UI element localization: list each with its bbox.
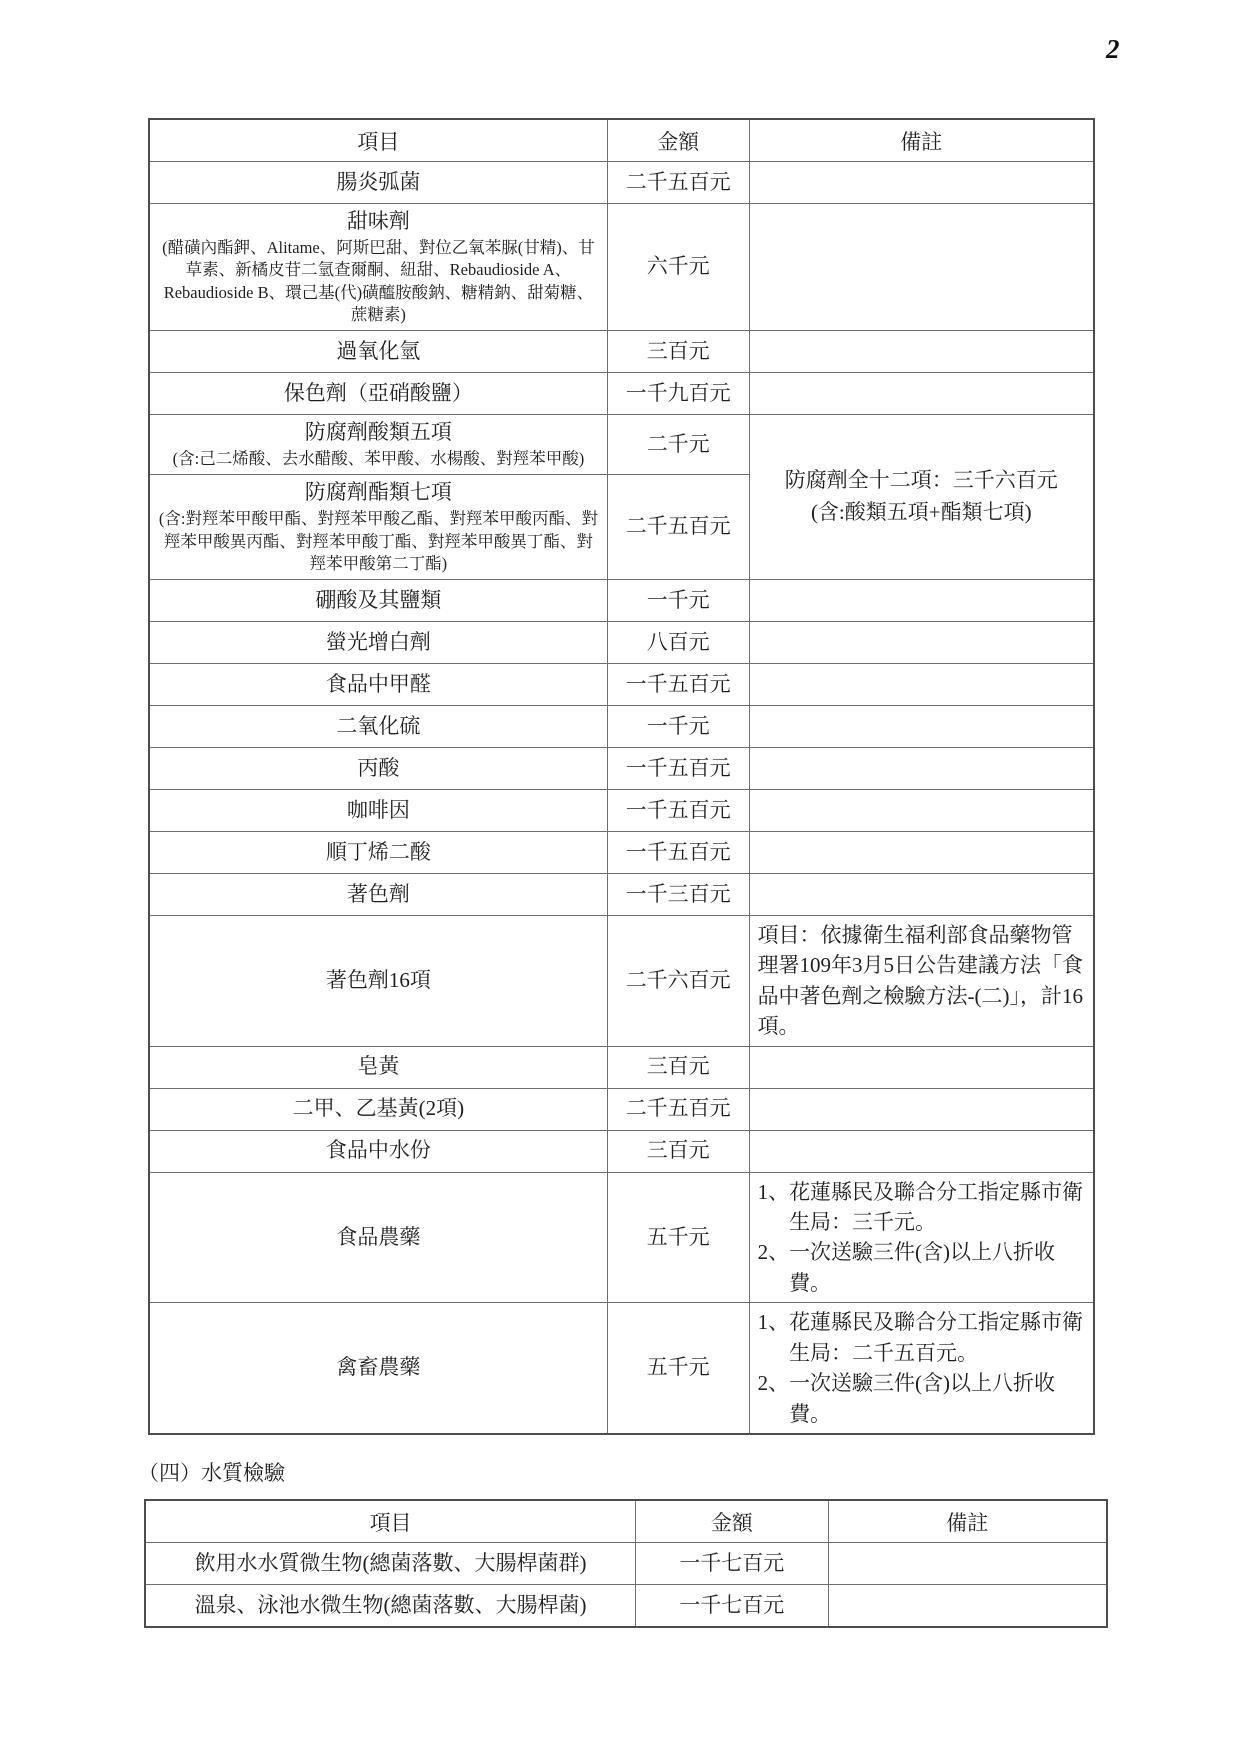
item-name: 過氧化氫 bbox=[158, 338, 599, 365]
item-cell: 丙酸 bbox=[149, 747, 607, 789]
note-cell bbox=[749, 372, 1094, 414]
item-detail: (醋磺內酯鉀、Alitame、阿斯巴甜、對位乙氧苯脲(甘精)、甘草素、新橘皮苷二… bbox=[158, 237, 599, 325]
item-cell: 咖啡因 bbox=[149, 789, 607, 831]
note-cell bbox=[749, 1130, 1094, 1172]
item-cell: 食品中水份 bbox=[149, 1130, 607, 1172]
amount-cell: 一千五百元 bbox=[607, 789, 749, 831]
note-cell bbox=[749, 1046, 1094, 1088]
amount-cell: 二千五百元 bbox=[607, 1088, 749, 1130]
note-cell bbox=[749, 204, 1094, 331]
item-cell: 過氧化氫 bbox=[149, 330, 607, 372]
note-cell: 防腐劑全十二項：三千六百元(含:酸類五項+酯類七項) bbox=[749, 414, 1094, 579]
table-row: 皂黃三百元 bbox=[149, 1046, 1094, 1088]
item-name: 防腐劑酸類五項 bbox=[158, 419, 599, 446]
item-cell: 禽畜農藥 bbox=[149, 1303, 607, 1434]
item-name: 食品中水份 bbox=[158, 1137, 599, 1164]
food-fees-table: 項目金額備註腸炎弧菌二千五百元甜味劑(醋磺內酯鉀、Alitame、阿斯巴甜、對位… bbox=[148, 118, 1095, 1435]
item-name: 順丁烯二酸 bbox=[158, 839, 599, 866]
item-cell: 皂黃 bbox=[149, 1046, 607, 1088]
table-row: 食品農藥五千元1、花蓮縣民及聯合分工指定縣市衛生局：三千元。2、一次送驗三件(含… bbox=[149, 1172, 1094, 1303]
amount-cell: 一千三百元 bbox=[607, 873, 749, 915]
column-header: 項目 bbox=[149, 119, 607, 162]
note-cell bbox=[749, 831, 1094, 873]
column-header: 金額 bbox=[636, 1500, 828, 1543]
table-row: 飲用水水質微生物(總菌落數、大腸桿菌群)一千七百元 bbox=[145, 1543, 1107, 1585]
item-cell: 食品農藥 bbox=[149, 1172, 607, 1303]
item-name: 著色劑 bbox=[158, 881, 599, 908]
amount-cell: 一千九百元 bbox=[607, 372, 749, 414]
note-list-text: 花蓮縣民及聯合分工指定縣市衛生局：二千五百元。 bbox=[789, 1307, 1085, 1368]
item-cell: 飲用水水質微生物(總菌落數、大腸桿菌群) bbox=[145, 1543, 636, 1585]
column-header: 備註 bbox=[828, 1500, 1107, 1543]
item-cell: 硼酸及其鹽類 bbox=[149, 579, 607, 621]
table-row: 防腐劑酸類五項(含:己二烯酸、去水醋酸、苯甲酸、水楊酸、對羥苯甲酸)二千元防腐劑… bbox=[149, 414, 1094, 474]
table-row: 腸炎弧菌二千五百元 bbox=[149, 162, 1094, 204]
amount-cell: 三百元 bbox=[607, 330, 749, 372]
item-name: 硼酸及其鹽類 bbox=[158, 587, 599, 614]
table-row: 咖啡因一千五百元 bbox=[149, 789, 1094, 831]
item-name: 丙酸 bbox=[158, 755, 599, 782]
item-cell: 防腐劑酸類五項(含:己二烯酸、去水醋酸、苯甲酸、水楊酸、對羥苯甲酸) bbox=[149, 414, 607, 474]
note-list-number: 1、 bbox=[758, 1177, 790, 1207]
table-row: 禽畜農藥五千元1、花蓮縣民及聯合分工指定縣市衛生局：二千五百元。2、一次送驗三件… bbox=[149, 1303, 1094, 1434]
item-detail: (含:己二烯酸、去水醋酸、苯甲酸、水楊酸、對羥苯甲酸) bbox=[158, 448, 599, 470]
note-list-item: 2、一次送驗三件(含)以上八折收費。 bbox=[758, 1237, 1085, 1298]
water-fees-table: 項目金額備註飲用水水質微生物(總菌落數、大腸桿菌群)一千七百元溫泉、泳池水微生物… bbox=[144, 1499, 1108, 1628]
column-header: 金額 bbox=[607, 119, 749, 162]
note-cell: 項目：依據衛生福利部食品藥物管理署109年3月5日公告建議方法「食品中著色劑之檢… bbox=[749, 915, 1094, 1046]
amount-cell: 二千五百元 bbox=[607, 162, 749, 204]
table-row: 著色劑16項二千六百元項目：依據衛生福利部食品藥物管理署109年3月5日公告建議… bbox=[149, 915, 1094, 1046]
item-name: 禽畜農藥 bbox=[158, 1354, 599, 1381]
column-header: 備註 bbox=[749, 119, 1094, 162]
note-list-text: 一次送驗三件(含)以上八折收費。 bbox=[789, 1237, 1085, 1298]
note-cell bbox=[749, 873, 1094, 915]
item-cell: 甜味劑(醋磺內酯鉀、Alitame、阿斯巴甜、對位乙氧苯脲(甘精)、甘草素、新橘… bbox=[149, 204, 607, 331]
item-cell: 腸炎弧菌 bbox=[149, 162, 607, 204]
amount-cell: 五千元 bbox=[607, 1303, 749, 1434]
amount-cell: 五千元 bbox=[607, 1172, 749, 1303]
note-list-number: 1、 bbox=[758, 1307, 790, 1337]
note-list-number: 2、 bbox=[758, 1237, 790, 1267]
item-cell: 保色劑（亞硝酸鹽） bbox=[149, 372, 607, 414]
note-cell bbox=[749, 747, 1094, 789]
table-row: 甜味劑(醋磺內酯鉀、Alitame、阿斯巴甜、對位乙氧苯脲(甘精)、甘草素、新橘… bbox=[149, 204, 1094, 331]
note-cell bbox=[749, 621, 1094, 663]
note-cell bbox=[749, 162, 1094, 204]
table-row: 食品中水份三百元 bbox=[149, 1130, 1094, 1172]
note-cell bbox=[749, 1088, 1094, 1130]
note-line: 防腐劑全十二項：三千六百元 bbox=[758, 465, 1085, 497]
item-name: 螢光增白劑 bbox=[158, 629, 599, 656]
amount-cell: 二千六百元 bbox=[607, 915, 749, 1046]
item-cell: 著色劑 bbox=[149, 873, 607, 915]
amount-cell: 二千元 bbox=[607, 414, 749, 474]
amount-cell: 一千元 bbox=[607, 705, 749, 747]
table-head: 項目金額備註 bbox=[145, 1500, 1107, 1543]
water-section-title: （四）水質檢驗 bbox=[138, 1457, 1241, 1487]
item-name: 著色劑16項 bbox=[158, 967, 599, 994]
column-header: 項目 bbox=[145, 1500, 636, 1543]
item-detail: (含:對羥苯甲酸甲酯、對羥苯甲酸乙酯、對羥苯甲酸丙酯、對羥苯甲酸異丙酯、對羥苯甲… bbox=[158, 508, 599, 574]
note-list-item: 1、花蓮縣民及聯合分工指定縣市衛生局：三千元。 bbox=[758, 1177, 1085, 1238]
item-name: 甜味劑 bbox=[158, 208, 599, 235]
note-line: (含:酸類五項+酯類七項) bbox=[758, 497, 1085, 529]
item-name: 腸炎弧菌 bbox=[158, 169, 599, 196]
note-cell bbox=[828, 1543, 1107, 1585]
table-header-row: 項目金額備註 bbox=[149, 119, 1094, 162]
item-name: 二甲、乙基黃(2項) bbox=[158, 1095, 599, 1122]
note-list-item: 2、一次送驗三件(含)以上八折收費。 bbox=[758, 1368, 1085, 1429]
table-body: 腸炎弧菌二千五百元甜味劑(醋磺內酯鉀、Alitame、阿斯巴甜、對位乙氧苯脲(甘… bbox=[149, 162, 1094, 1435]
item-cell: 著色劑16項 bbox=[149, 915, 607, 1046]
amount-cell: 三百元 bbox=[607, 1046, 749, 1088]
table-row: 二甲、乙基黃(2項)二千五百元 bbox=[149, 1088, 1094, 1130]
item-cell: 食品中甲醛 bbox=[149, 663, 607, 705]
table-row: 溫泉、泳池水微生物(總菌落數、大腸桿菌)一千七百元 bbox=[145, 1585, 1107, 1628]
item-name: 二氧化硫 bbox=[158, 713, 599, 740]
item-cell: 防腐劑酯類七項(含:對羥苯甲酸甲酯、對羥苯甲酸乙酯、對羥苯甲酸丙酯、對羥苯甲酸異… bbox=[149, 475, 607, 580]
amount-cell: 一千五百元 bbox=[607, 663, 749, 705]
item-name: 保色劑（亞硝酸鹽） bbox=[158, 380, 599, 407]
table-row: 丙酸一千五百元 bbox=[149, 747, 1094, 789]
item-name: 溫泉、泳池水微生物(總菌落數、大腸桿菌) bbox=[154, 1592, 627, 1619]
amount-cell: 六千元 bbox=[607, 204, 749, 331]
item-name: 防腐劑酯類七項 bbox=[158, 479, 599, 506]
item-cell: 二甲、乙基黃(2項) bbox=[149, 1088, 607, 1130]
table-row: 順丁烯二酸一千五百元 bbox=[149, 831, 1094, 873]
page-number: 2 bbox=[1106, 34, 1120, 65]
amount-cell: 三百元 bbox=[607, 1130, 749, 1172]
table-header-row: 項目金額備註 bbox=[145, 1500, 1107, 1543]
item-cell: 二氧化硫 bbox=[149, 705, 607, 747]
note-cell bbox=[749, 705, 1094, 747]
table-row: 過氧化氫三百元 bbox=[149, 330, 1094, 372]
table-head: 項目金額備註 bbox=[149, 119, 1094, 162]
note-cell bbox=[749, 330, 1094, 372]
note-cell bbox=[749, 579, 1094, 621]
table-row: 二氧化硫一千元 bbox=[149, 705, 1094, 747]
note-list-item: 1、花蓮縣民及聯合分工指定縣市衛生局：二千五百元。 bbox=[758, 1307, 1085, 1368]
item-cell: 螢光增白劑 bbox=[149, 621, 607, 663]
note-list-text: 花蓮縣民及聯合分工指定縣市衛生局：三千元。 bbox=[789, 1177, 1085, 1238]
note-list-number: 2、 bbox=[758, 1368, 790, 1398]
note-cell bbox=[828, 1585, 1107, 1628]
note-list-text: 一次送驗三件(含)以上八折收費。 bbox=[789, 1368, 1085, 1429]
item-cell: 順丁烯二酸 bbox=[149, 831, 607, 873]
table-row: 硼酸及其鹽類一千元 bbox=[149, 579, 1094, 621]
document-page: 2 項目金額備註腸炎弧菌二千五百元甜味劑(醋磺內酯鉀、Alitame、阿斯巴甜、… bbox=[0, 0, 1241, 1755]
note-cell bbox=[749, 789, 1094, 831]
item-name: 食品農藥 bbox=[158, 1224, 599, 1251]
item-name: 食品中甲醛 bbox=[158, 671, 599, 698]
note-cell: 1、花蓮縣民及聯合分工指定縣市衛生局：三千元。2、一次送驗三件(含)以上八折收費… bbox=[749, 1172, 1094, 1303]
table-body: 飲用水水質微生物(總菌落數、大腸桿菌群)一千七百元溫泉、泳池水微生物(總菌落數、… bbox=[145, 1543, 1107, 1628]
table-row: 著色劑一千三百元 bbox=[149, 873, 1094, 915]
amount-cell: 一千五百元 bbox=[607, 831, 749, 873]
amount-cell: 一千元 bbox=[607, 579, 749, 621]
table-row: 保色劑（亞硝酸鹽）一千九百元 bbox=[149, 372, 1094, 414]
note-cell: 1、花蓮縣民及聯合分工指定縣市衛生局：二千五百元。2、一次送驗三件(含)以上八折… bbox=[749, 1303, 1094, 1434]
amount-cell: 八百元 bbox=[607, 621, 749, 663]
item-cell: 溫泉、泳池水微生物(總菌落數、大腸桿菌) bbox=[145, 1585, 636, 1628]
amount-cell: 一千五百元 bbox=[607, 747, 749, 789]
table-row: 食品中甲醛一千五百元 bbox=[149, 663, 1094, 705]
item-name: 飲用水水質微生物(總菌落數、大腸桿菌群) bbox=[154, 1550, 627, 1577]
item-name: 皂黃 bbox=[158, 1053, 599, 1080]
amount-cell: 一千七百元 bbox=[636, 1543, 828, 1585]
amount-cell: 二千五百元 bbox=[607, 475, 749, 580]
item-name: 咖啡因 bbox=[158, 797, 599, 824]
note-cell bbox=[749, 663, 1094, 705]
amount-cell: 一千七百元 bbox=[636, 1585, 828, 1628]
table-row: 螢光增白劑八百元 bbox=[149, 621, 1094, 663]
